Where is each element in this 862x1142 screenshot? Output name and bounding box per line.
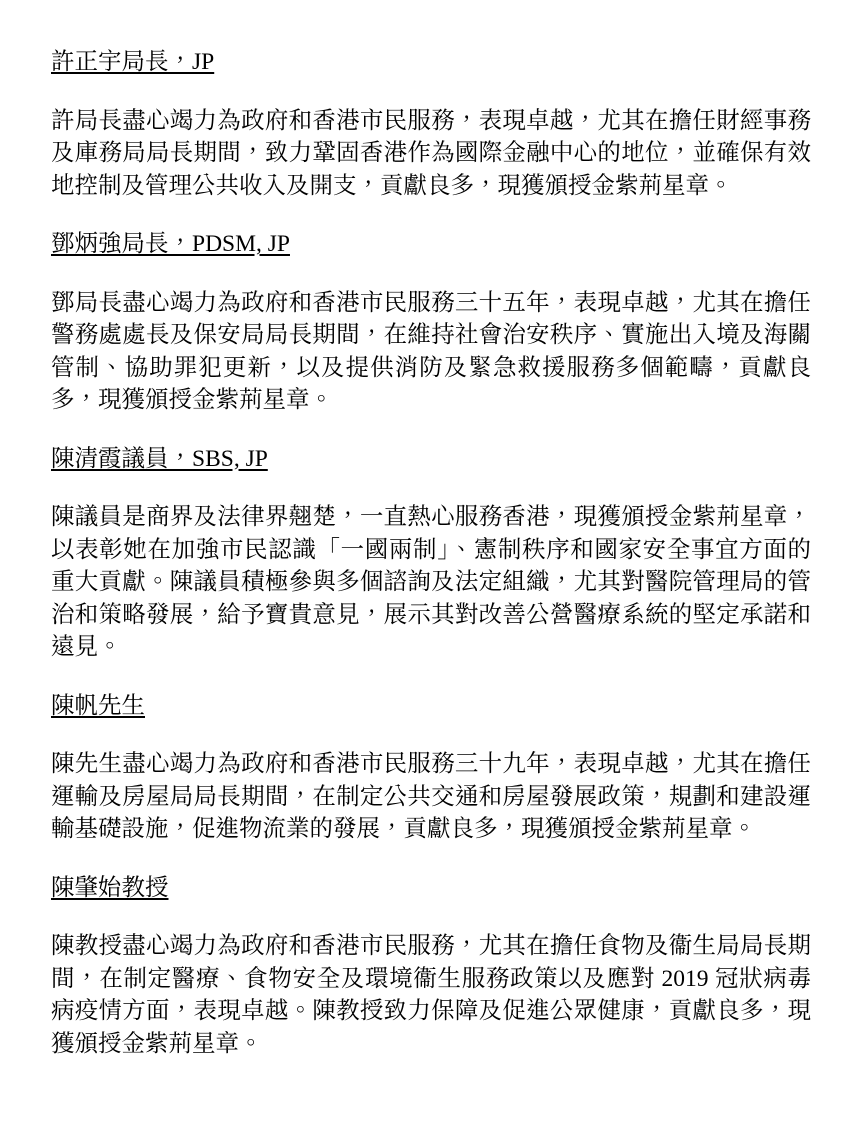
honouree-section-chan-fan: 陳帆先生 陳先生盡心竭力為政府和香港市民服務三十九年，表現卓越，尤其在擔任運輸及… (51, 690, 811, 846)
citation-paragraph: 陳議員是商界及法律界翹楚，一直熱心服務香港，現獲頒授金紫荊星章，以表彰她在加強市… (51, 501, 811, 664)
honouree-section-chan-ching-ha: 陳清霞議員，SBS, JP 陳議員是商界及法律界翹楚，一直熱心服務香港，現獲頒授… (51, 443, 811, 664)
citation-paragraph: 鄧局長盡心竭力為政府和香港市民服務三十五年，表現卓越，尤其在擔任警務處處長及保安… (51, 287, 811, 417)
honouree-heading: 許正宇局長，JP (51, 46, 811, 79)
honouree-section-hui-ching-yu: 許正宇局長，JP 許局長盡心竭力為政府和香港市民服務，表現卓越，尤其在擔任財經事… (51, 46, 811, 202)
citation-paragraph: 陳教授盡心竭力為政府和香港市民服務，尤其在擔任食物及衞生局局長期間，在制定醫療、… (51, 930, 811, 1060)
citation-paragraph: 陳先生盡心竭力為政府和香港市民服務三十九年，表現卓越，尤其在擔任運輸及房屋局局長… (51, 748, 811, 846)
honouree-section-chan-siu-chee: 陳肇始教授 陳教授盡心竭力為政府和香港市民服務，尤其在擔任食物及衞生局局長期間，… (51, 872, 811, 1061)
honouree-heading: 陳帆先生 (51, 690, 811, 723)
honouree-section-tang-ping-keung: 鄧炳強局長，PDSM, JP 鄧局長盡心竭力為政府和香港市民服務三十五年，表現卓… (51, 228, 811, 417)
document-page: 許正宇局長，JP 許局長盡心竭力為政府和香港市民服務，表現卓越，尤其在擔任財經事… (0, 0, 862, 1142)
honouree-heading: 陳清霞議員，SBS, JP (51, 443, 811, 476)
honouree-heading: 陳肇始教授 (51, 872, 811, 905)
honouree-heading: 鄧炳強局長，PDSM, JP (51, 228, 811, 261)
citation-paragraph: 許局長盡心竭力為政府和香港市民服務，表現卓越，尤其在擔任財經事務及庫務局局長期間… (51, 105, 811, 203)
